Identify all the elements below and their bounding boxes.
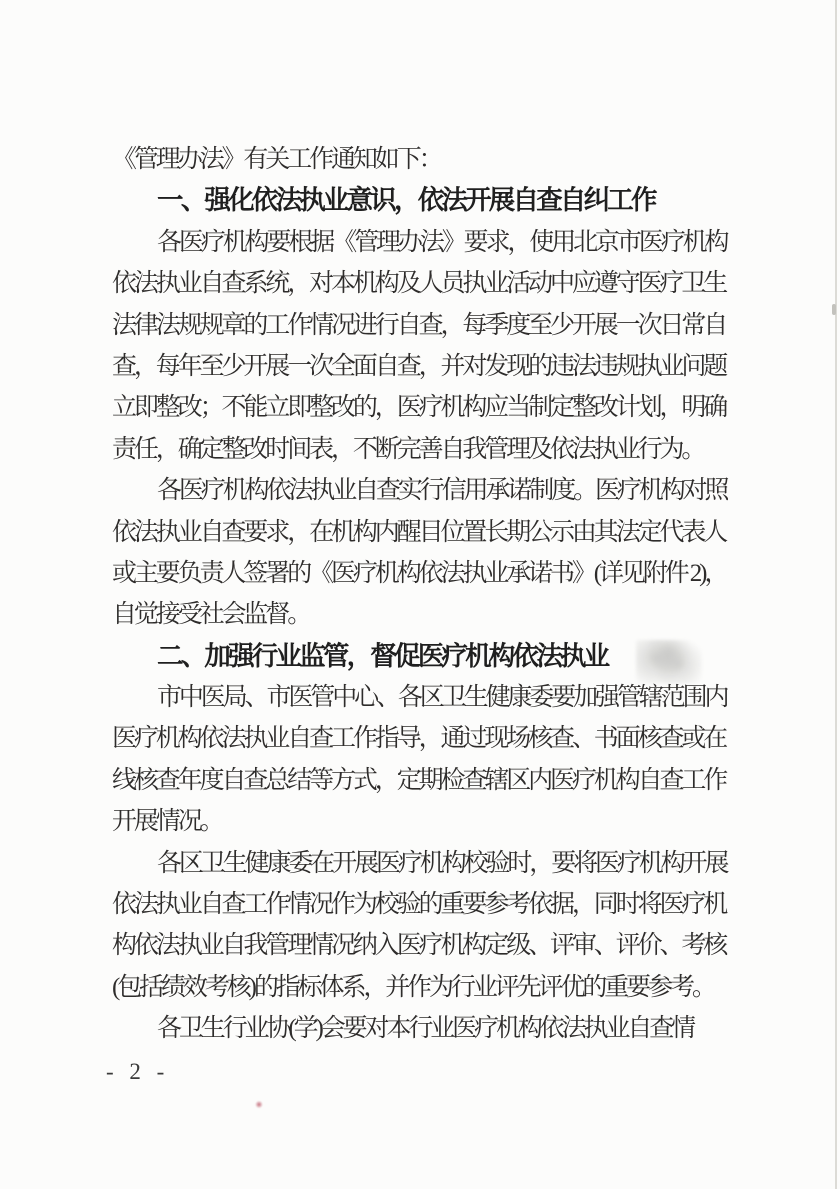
body-line: 各区卫生健康委在开展医疗机构校验时，要将医疗机构开展 <box>112 843 734 884</box>
body-line: 查，每年至少开展一次全面自查，并对发现的违法违规执业问题 <box>112 346 734 387</box>
body-line: 医疗机构依法执业自查工作指导，通过现场核查、书面核查或在 <box>112 718 734 759</box>
body-line: 依法执业自查系统，对本机构及人员执业活动中应遵守医疗卫生 <box>112 263 734 304</box>
body-line: 《管理办法》有关工作通知如下： <box>112 139 734 180</box>
body-line: 责任，确定整改时间表，不断完善自我管理及依法执业行为。 <box>112 429 734 470</box>
paper-edge-line <box>835 0 837 1189</box>
body-line: 开展情况。 <box>112 801 734 842</box>
body-line: 自觉接受社会监督。 <box>112 594 734 635</box>
section-heading: 一、强化依法执业意识，依法开展自查自纠工作 <box>112 180 734 221</box>
body-line: 立即整改；不能立即整改的，医疗机构应当制定整改计划，明确 <box>112 387 734 428</box>
body-line: 依法执业自查要求，在机构内醒目位置长期公示由其法定代表人 <box>112 512 734 553</box>
scanned-page: 《管理办法》有关工作通知如下： 一、强化依法执业意识，依法开展自查自纠工作 各医… <box>0 0 840 1189</box>
red-ink-speck <box>254 1099 265 1110</box>
paper-edge-tick <box>832 304 836 315</box>
body-line: 各医疗机构要根据《管理办法》要求，使用北京市医疗机构 <box>112 222 734 263</box>
body-line: 或主要负责人签署的《医疗机构依法执业承诺书》(详见附件 2)， <box>112 553 734 594</box>
body-line: 线核查年度自查总结等方式，定期检查辖区内医疗机构自查工作 <box>112 760 734 801</box>
body-line: 各医疗机构依法执业自查实行信用承诺制度。医疗机构对照 <box>112 470 734 511</box>
body-line: 法律法规规章的工作情况进行自查，每季度至少开展一次日常自 <box>112 305 734 346</box>
body-line: 构依法执业自我管理情况纳入医疗机构定级、评审、评价、考核 <box>112 925 734 966</box>
body-line: (包括绩效考核)的指标体系，并作为行业评先评优的重要参考。 <box>112 967 734 1008</box>
body-line: 各卫生行业协(学)会要对本行业医疗机构依法执业自查情 <box>112 1008 734 1049</box>
document-text: 《管理办法》有关工作通知如下： 一、强化依法执业意识，依法开展自查自纠工作 各医… <box>112 139 734 1050</box>
body-line: 依法执业自查工作情况作为校验的重要参考依据，同时将医疗机 <box>112 884 734 925</box>
page-number: - 2 - <box>106 1059 169 1085</box>
pencil-smudge-artifact <box>636 640 702 684</box>
